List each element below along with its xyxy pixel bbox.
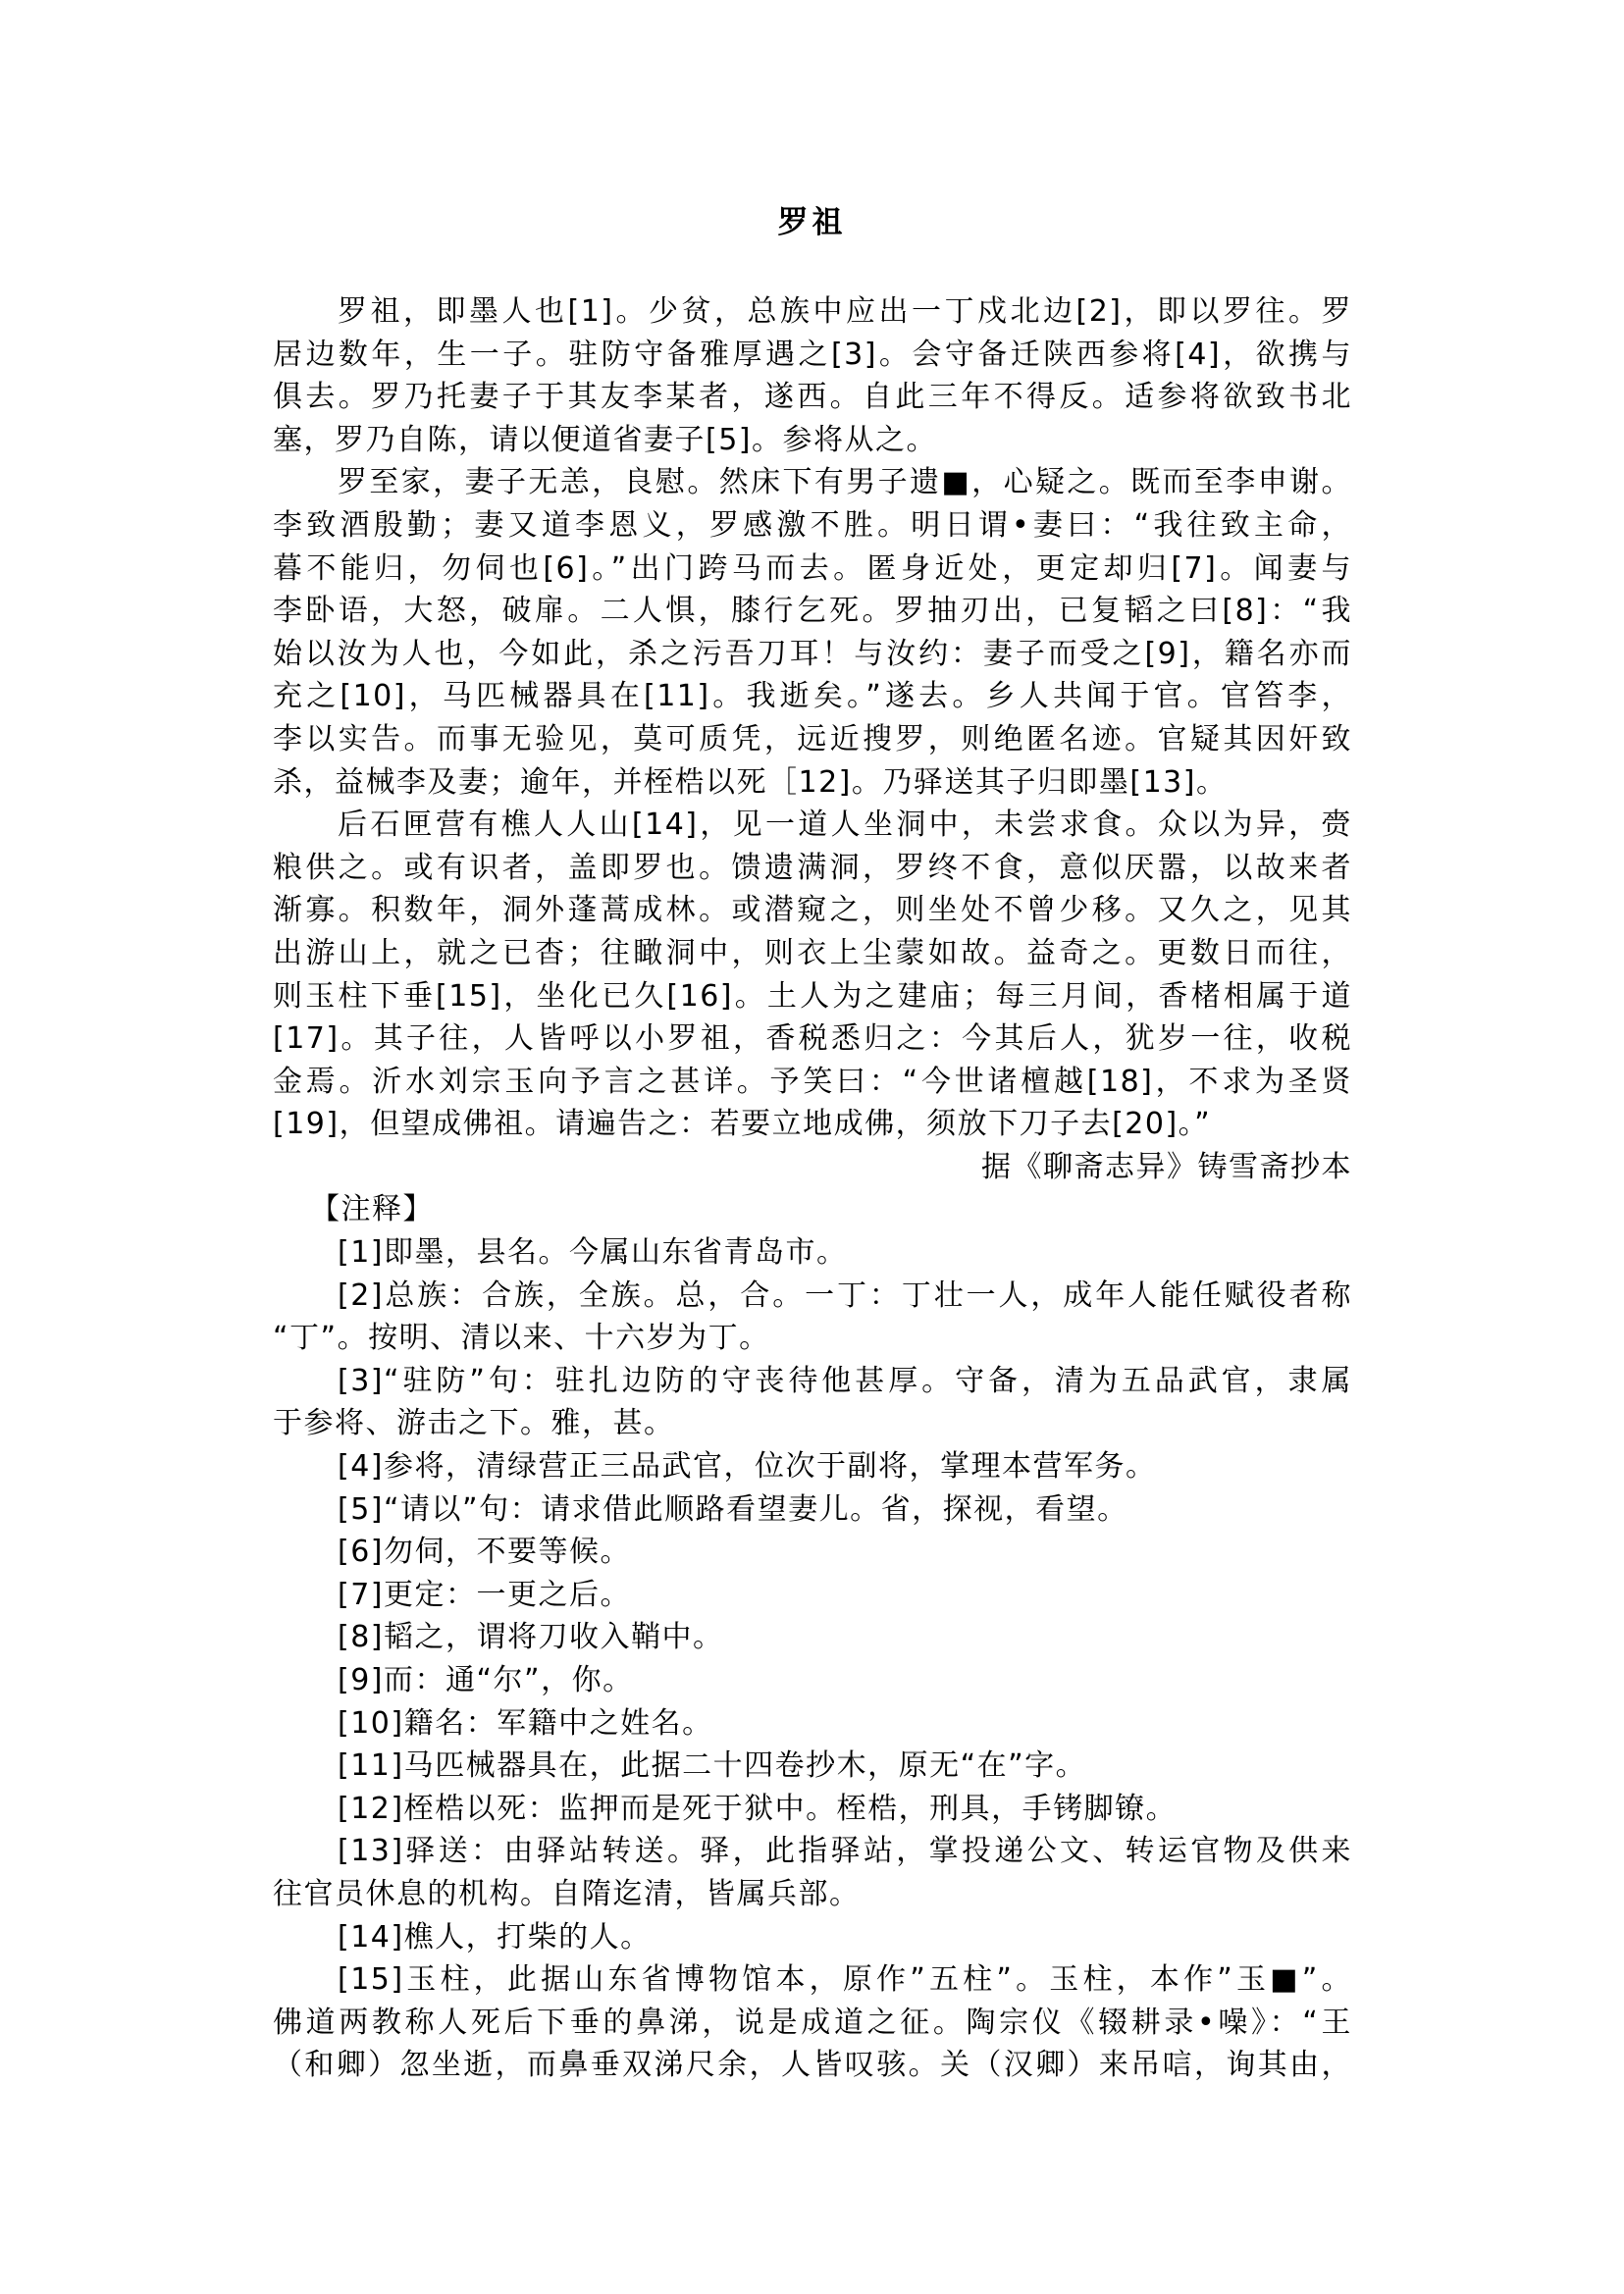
text-line: [19]，但望成佛祖。请遍告之：若要立地成佛，须放下刀子去[20]。”	[273, 1103, 1352, 1146]
text-line: 金焉。沂水刘宗玉向予言之甚详。予笑曰：“今世诸檀越[18]，不求为圣贤	[273, 1061, 1352, 1104]
note-9: [9]而：通“尔”，你。	[273, 1659, 1352, 1702]
text-line: 后石匣营有樵人人山[14]，见一道人坐洞中，未尝求食。众以为异，赍	[273, 804, 1352, 847]
note-1: [1]即墨，县名。今属山东省青岛市。	[273, 1231, 1352, 1275]
text-line: [17]。其子往，人皆呼以小罗祖，香税悉归之：今其后人，犹岁一往，收税	[273, 1017, 1352, 1061]
text-line: 始以汝为人也，今如此，杀之污吾刀耳！与汝约：妻子而受之[9]，籍名亦而	[273, 633, 1352, 676]
note-6: [6]勿伺，不要等候。	[273, 1531, 1352, 1574]
text-line: 李以实告。而事无验见，莫可质凭，远近搜罗，则绝匿名迹。官疑其因奸致	[273, 718, 1352, 761]
text-line: 俱去。罗乃托妻子于其友李某者，遂西。自此三年不得反。适参将欲致书北	[273, 376, 1352, 419]
note-4: [4]参将，清绿营正三品武官，位次于副将，掌理本营军务。	[273, 1445, 1352, 1488]
text-line: 则玉柱下垂[15]，坐化已久[16]。土人为之建庙；每三月间，香楮相属于道	[273, 975, 1352, 1018]
note-2: [2]总族：合族，全族。总，合。一丁：丁壮一人，成年人能任赋役者称	[273, 1275, 1352, 1318]
text-line: 出游山上，就之已杳；往瞰洞中，则衣上尘蒙如故。益奇之。更数日而往，	[273, 932, 1352, 975]
note-15-cont: 佛道两教称人死后下垂的鼻涕，说是成道之征。陶宗仪《辍耕录•噪》：“王	[273, 2002, 1352, 2045]
text-line: 塞，罗乃自陈，请以便道省妻子[5]。参将从之。	[273, 419, 1352, 462]
text-line: 充之[10]，马匹械器具在[11]。我逝矣。”遂去。乡人共闻于官。官笞李，	[273, 675, 1352, 718]
text-line: 李致酒殷勤；妻又道李恩义，罗感激不胜。明日谓•妻曰：“我往致主命，	[273, 504, 1352, 547]
note-3-cont: 于参将、游击之下。雅，甚。	[273, 1402, 1352, 1445]
note-13: [13]驿送：由驿站转送。驿，此指驿站，掌投递公文、转运官物及供来	[273, 1830, 1352, 1873]
note-14: [14]樵人，打柴的人。	[273, 1916, 1352, 1959]
source-attribution: 据《聊斋志异》铸雪斋抄本	[273, 1146, 1352, 1189]
text-line: 罗至家，妻子无恙，良慰。然床下有男子遗■，心疑之。既而至李申谢。	[273, 461, 1352, 504]
note-5: [5]“请以”句：请求借此顺路看望妻儿。省，探视，看望。	[273, 1488, 1352, 1532]
paragraph-2: 罗至家，妻子无恙，良慰。然床下有男子遗■，心疑之。既而至李申谢。 李致酒殷勤；妻…	[273, 461, 1352, 804]
note-10: [10]籍名：军籍中之姓名。	[273, 1702, 1352, 1746]
text-line: 暮不能归，勿伺也[6]。”出门跨马而去。匿身近处，更定却归[7]。闻妻与	[273, 547, 1352, 591]
note-12: [12]桎梏以死：监押而是死于狱中。桎梏，刑具，手铐脚镣。	[273, 1788, 1352, 1831]
text-line: 粮供之。或有识者，盖即罗也。馈遗满洞，罗终不食，意似厌嚣，以故来者	[273, 847, 1352, 890]
note-15-cont: （和卿）忽坐逝，而鼻垂双涕尺余，人皆叹骇。关（汉卿）来吊唁，询其由，	[273, 2044, 1352, 2087]
text-line: 李卧语，大怒，破扉。二人惧，膝行乞死。罗抽刃出，已复韬之曰[8]：“我	[273, 590, 1352, 633]
note-3: [3]“驻防”句：驻扎边防的守丧待他甚厚。守备，清为五品武官，隶属	[273, 1360, 1352, 1403]
note-2-cont: “丁”。按明、清以来、十六岁为丁。	[273, 1317, 1352, 1360]
note-15: [15]玉柱，此据山东省博物馆本，原作”五柱”。玉柱，本作”玉■”。	[273, 1958, 1352, 2002]
document-body: 罗祖，即墨人也[1]。少贫，总族中应出一丁戍北边[2]，即以罗往。罗 居边数年，…	[273, 290, 1352, 2087]
note-8: [8]韬之，谓将刀收入鞘中。	[273, 1616, 1352, 1659]
notes-heading: 【注释】	[273, 1188, 1352, 1231]
text-line: 渐寡。积数年，洞外蓬蒿成林。或潜窥之，则坐处不曾少移。又久之，见其	[273, 889, 1352, 932]
note-11: [11]马匹械器具在，此据二十四卷抄木，原无“在”字。	[273, 1745, 1352, 1788]
note-13-cont: 往官员休息的机构。自隋迄清，皆属兵部。	[273, 1873, 1352, 1916]
note-7: [7]更定：一更之后。	[273, 1574, 1352, 1617]
text-line: 杀，益械李及妻；逾年，并桎梏以死［12]。乃驿送其子归即墨[13]。	[273, 761, 1352, 805]
document-title: 罗祖	[0, 201, 1624, 244]
paragraph-1: 罗祖，即墨人也[1]。少贫，总族中应出一丁戍北边[2]，即以罗往。罗 居边数年，…	[273, 290, 1352, 461]
document-page: 罗祖 罗祖，即墨人也[1]。少贫，总族中应出一丁戍北边[2]，即以罗往。罗 居边…	[0, 0, 1624, 2294]
text-line: 居边数年，生一子。驻防守备雅厚遇之[3]。会守备迁陕西参将[4]，欲携与	[273, 334, 1352, 377]
notes-list: [1]即墨，县名。今属山东省青岛市。 [2]总族：合族，全族。总，合。一丁：丁壮…	[273, 1231, 1352, 2087]
paragraph-3: 后石匣营有樵人人山[14]，见一道人坐洞中，未尝求食。众以为异，赍 粮供之。或有…	[273, 804, 1352, 1146]
text-line: 罗祖，即墨人也[1]。少贫，总族中应出一丁戍北边[2]，即以罗往。罗	[273, 290, 1352, 334]
